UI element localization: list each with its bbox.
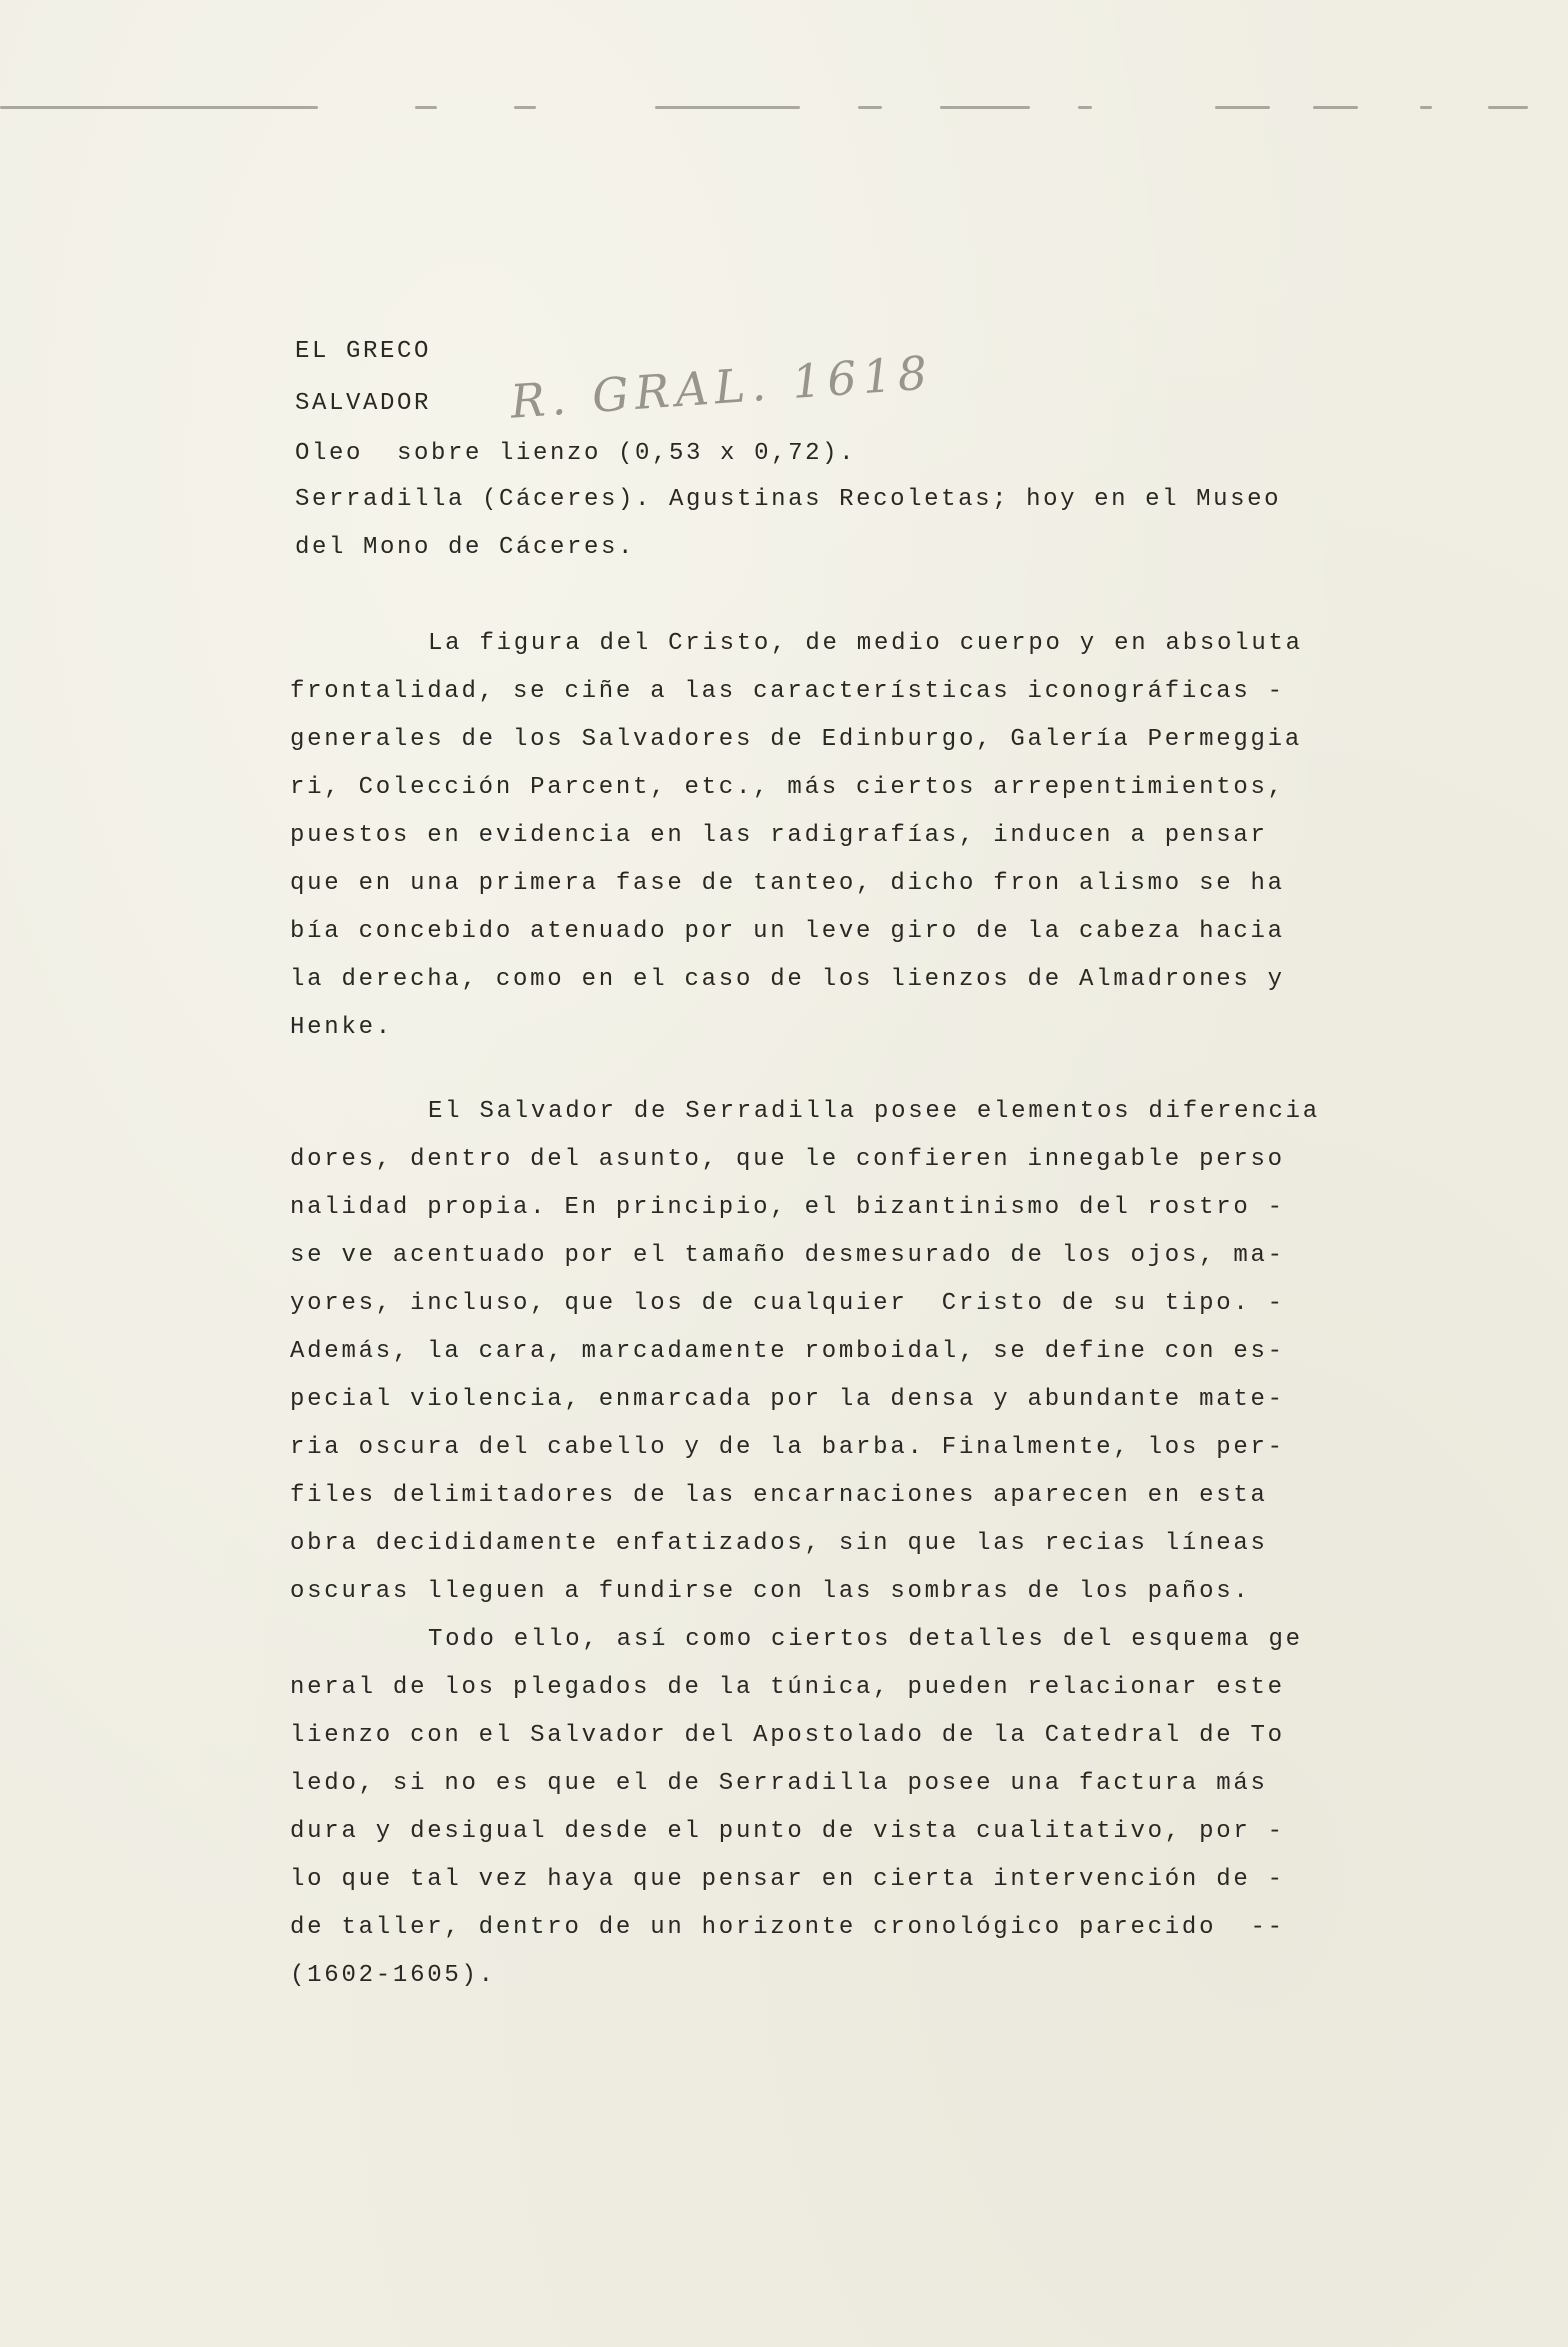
artwork-title: SALVADOR xyxy=(295,392,431,416)
paragraph-3-line: (1602-1605). xyxy=(290,1964,496,1988)
bleed-through-line xyxy=(1488,106,1528,109)
paragraph-3-line: Todo ello, así como ciertos detalles del… xyxy=(428,1628,1303,1652)
document-page: EL GRECO SALVADOR Oleo sobre lienzo (0,5… xyxy=(0,0,1568,2347)
paragraph-2-line: files delimitadores de las encarnaciones… xyxy=(290,1484,1268,1508)
bleed-through-line xyxy=(0,106,318,109)
paragraph-2-line: El Salvador de Serradilla posee elemento… xyxy=(428,1100,1320,1124)
paragraph-2-line: obra decididamente enfatizados, sin que … xyxy=(290,1532,1268,1556)
paragraph-1-line: puestos en evidencia en las radigrafías,… xyxy=(290,824,1268,848)
artist-name: EL GRECO xyxy=(295,340,431,364)
provenance-line-2: del Mono de Cáceres. xyxy=(295,536,635,560)
paragraph-2-line: oscuras lleguen a fundirse con las sombr… xyxy=(290,1580,1251,1604)
bleed-through-line xyxy=(415,106,437,109)
paragraph-2-line: se ve acentuado por el tamaño desmesurad… xyxy=(290,1244,1285,1268)
paragraph-3-line: neral de los plegados de la túnica, pued… xyxy=(290,1676,1285,1700)
bleed-through-line xyxy=(1215,106,1270,109)
paragraph-2-line: dores, dentro del asunto, que le confier… xyxy=(290,1148,1285,1172)
paragraph-3-line: lienzo con el Salvador del Apostolado de… xyxy=(290,1724,1285,1748)
paragraph-2-line: Además, la cara, marcadamente romboidal,… xyxy=(290,1340,1285,1364)
medium-dimensions: Oleo sobre lienzo (0,53 x 0,72). xyxy=(295,442,856,466)
paragraph-3-line: de taller, dentro de un horizonte cronol… xyxy=(290,1916,1285,1940)
paragraph-1-line: que en una primera fase de tanteo, dicho… xyxy=(290,872,1285,896)
handwritten-reference: R. GRAL. 1618 xyxy=(509,345,935,428)
paragraph-1-line: la derecha, como en el caso de los lienz… xyxy=(290,968,1285,992)
paragraph-1-line: Henke. xyxy=(290,1016,393,1040)
bleed-through-line xyxy=(1078,106,1092,109)
paragraph-1-line: generales de los Salvadores de Edinburgo… xyxy=(290,728,1302,752)
provenance-line-1: Serradilla (Cáceres). Agustinas Recoleta… xyxy=(295,488,1281,512)
bleed-through-line xyxy=(858,106,882,109)
paragraph-3-line: ledo, si no es que el de Serradilla pose… xyxy=(290,1772,1268,1796)
bleed-through-line xyxy=(940,106,1030,109)
paragraph-3-line: dura y desigual desde el punto de vista … xyxy=(290,1820,1285,1844)
bleed-through-line xyxy=(1420,106,1432,109)
paragraph-2-line: nalidad propia. En principio, el bizanti… xyxy=(290,1196,1285,1220)
paragraph-3-line: lo que tal vez haya que pensar en cierta… xyxy=(290,1868,1285,1892)
bleed-through-line xyxy=(514,106,536,109)
bleed-through-line xyxy=(1313,106,1358,109)
bleed-through-line xyxy=(655,106,800,109)
paragraph-1-line: La figura del Cristo, de medio cuerpo y … xyxy=(428,632,1303,656)
paragraph-2-line: pecial violencia, enmarcada por la densa… xyxy=(290,1388,1285,1412)
paragraph-2-line: yores, incluso, que los de cualquier Cri… xyxy=(290,1292,1285,1316)
paragraph-2-line: ria oscura del cabello y de la barba. Fi… xyxy=(290,1436,1285,1460)
paragraph-1-line: bía concebido atenuado por un leve giro … xyxy=(290,920,1285,944)
paragraph-1-line: frontalidad, se ciñe a las característic… xyxy=(290,680,1285,704)
paragraph-1-line: ri, Colección Parcent, etc., más ciertos… xyxy=(290,776,1285,800)
